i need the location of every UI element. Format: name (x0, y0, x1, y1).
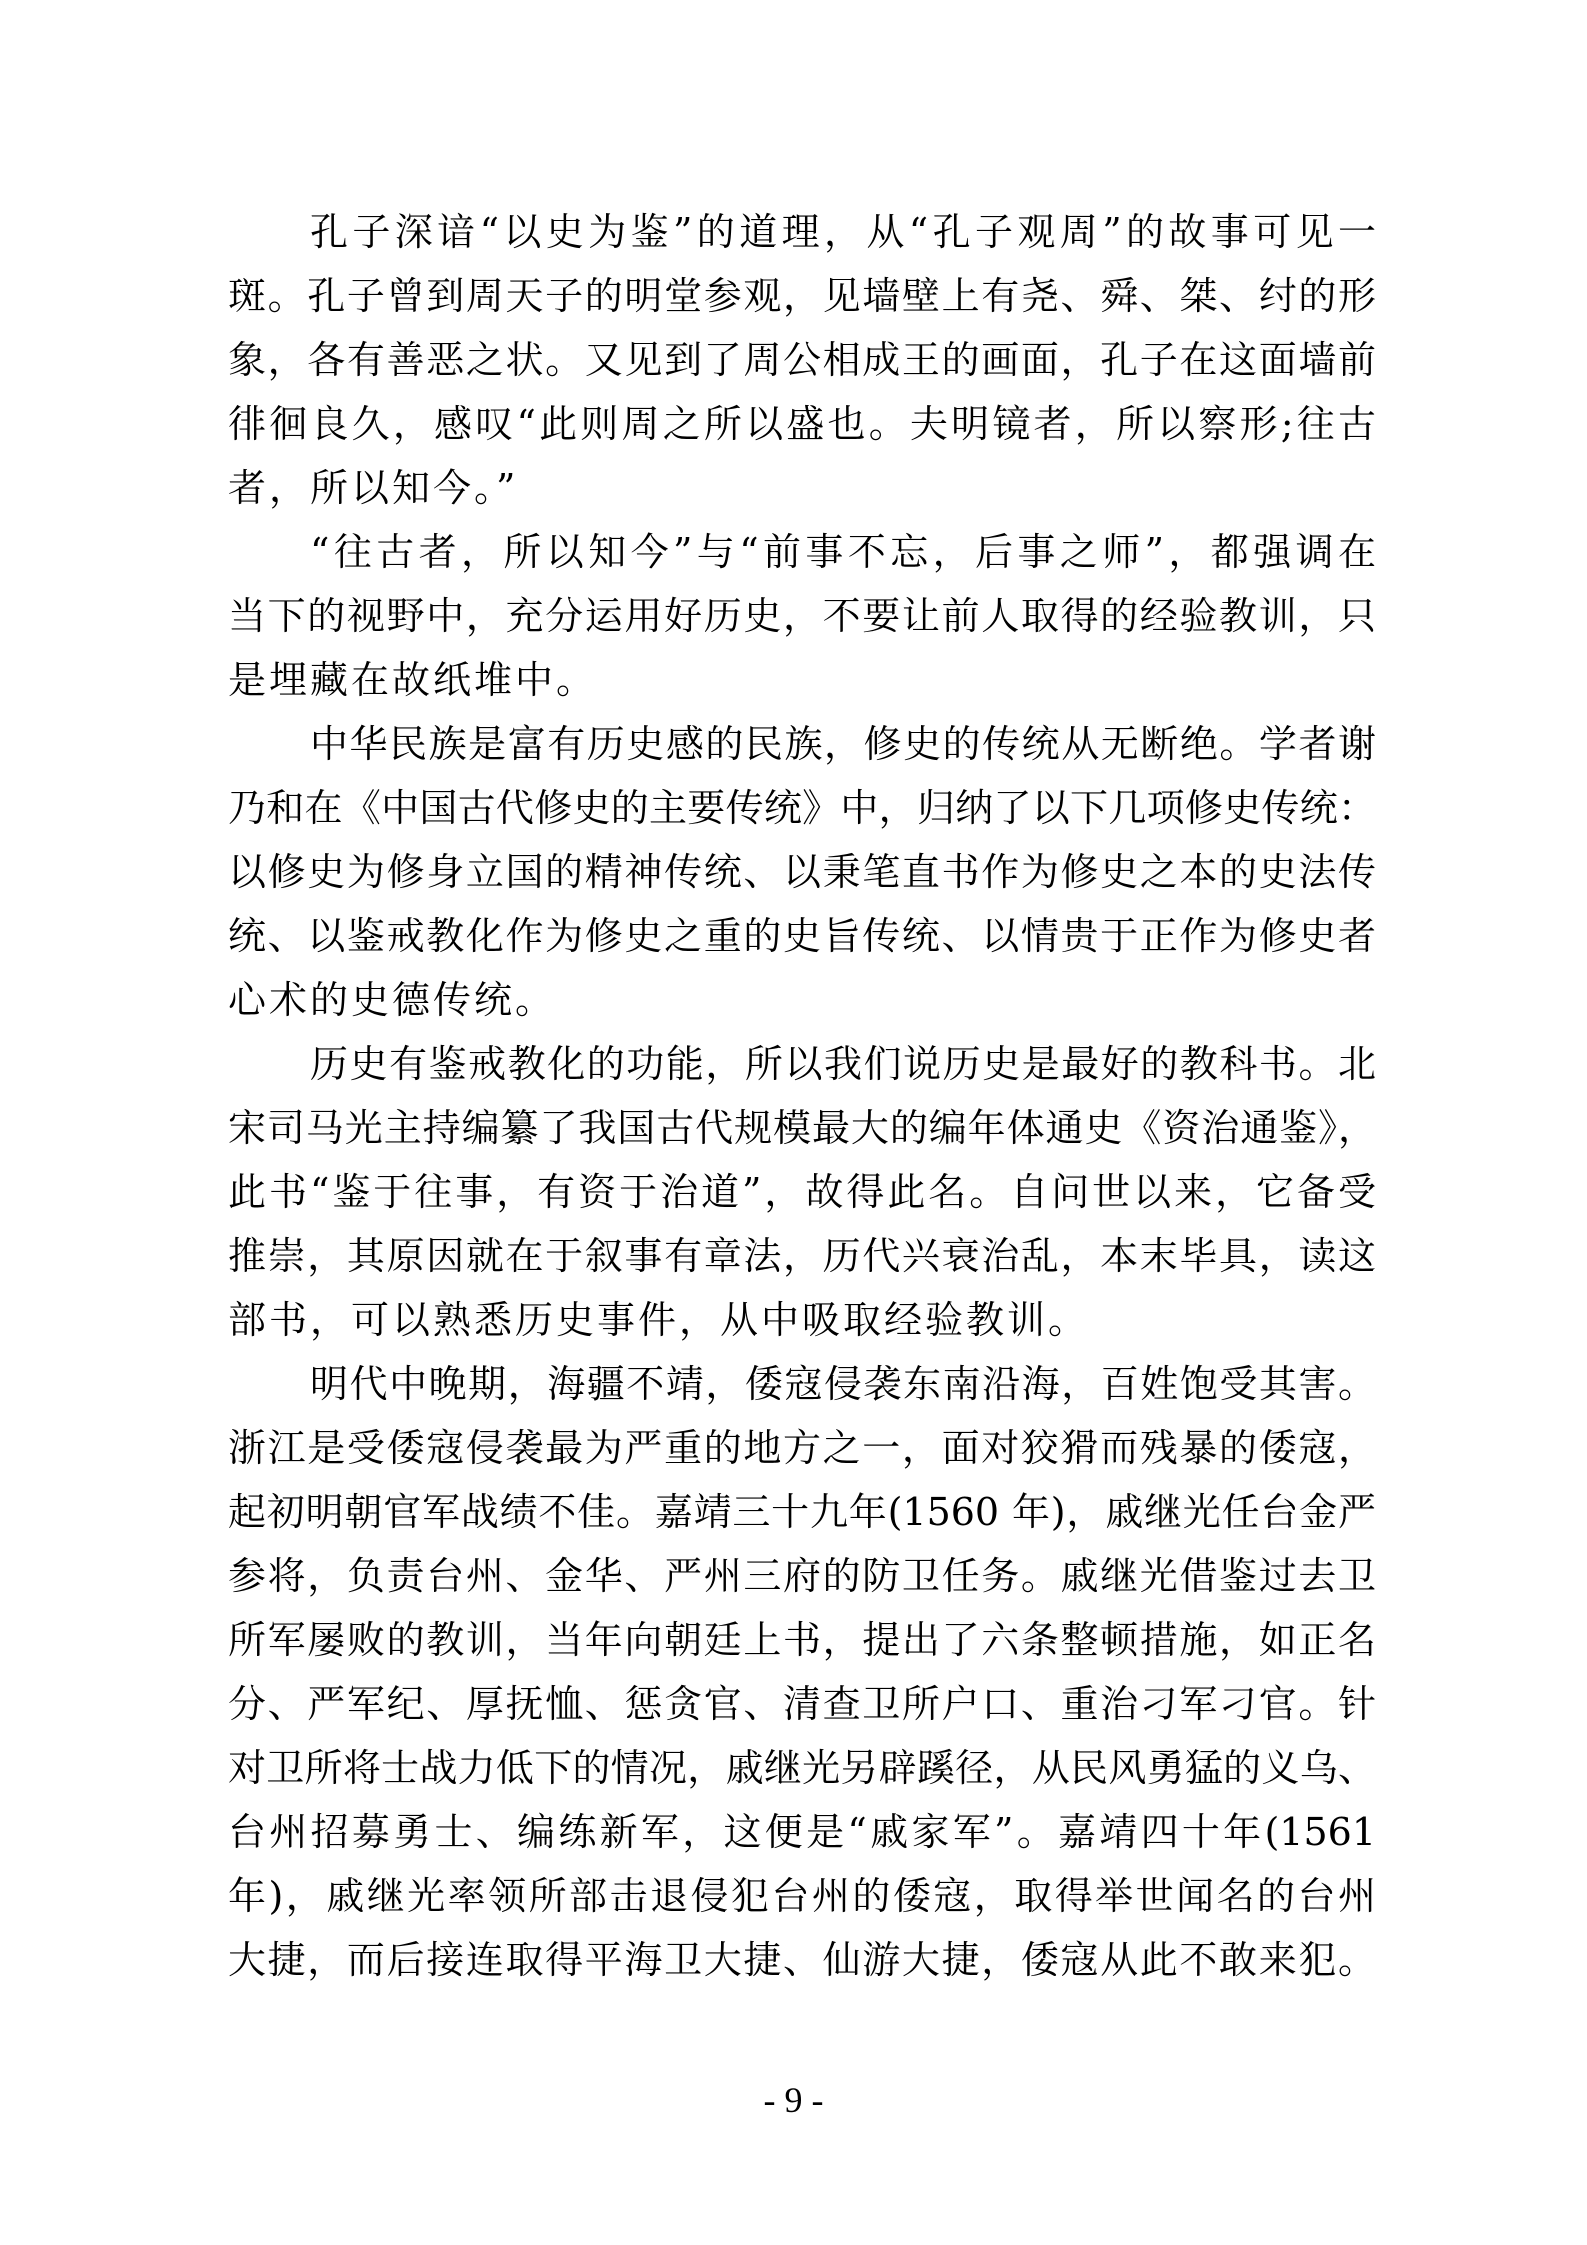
text-line: 历史有鉴戒教化的功能，所以我们说历史是最好的教科书。北 (228, 1032, 1376, 1096)
paragraph-wanggu-zhijin: “往古者，所以知今”与“前事不忘，后事之师”，都强调在 当下的视野中，充分运用好… (228, 520, 1376, 712)
text-line: 分、严军纪、厚抚恤、惩贪官、清查卫所户口、重治刁军刁官。针 (228, 1672, 1376, 1736)
paragraph-xiushi-chuantong: 中华民族是富有历史感的民族，修史的传统从无断绝。学者谢 乃和在《中国古代修史的主… (228, 712, 1376, 1032)
text-line: 统、以鉴戒教化作为修史之重的史旨传统、以情贵于正作为修史者 (228, 904, 1376, 968)
text-line: 乃和在《中国古代修史的主要传统》中，归纳了以下几项修史传统： (228, 776, 1376, 840)
document-page: 孔子深谙“以史为鉴”的道理，从“孔子观周”的故事可见一 斑。孔子曾到周天子的明堂… (0, 0, 1587, 2245)
text-line: 孔子深谙“以史为鉴”的道理，从“孔子观周”的故事可见一 (228, 200, 1376, 264)
text-line: 象，各有善恶之状。又见到了周公相成王的画面，孔子在这面墙前 (228, 328, 1376, 392)
text-line: 年)，戚继光率领所部击退侵犯台州的倭寇，取得举世闻名的台州 (228, 1864, 1376, 1928)
text-line: 参将，负责台州、金华、严州三府的防卫任务。戚继光借鉴过去卫 (228, 1544, 1376, 1608)
text-line: 徘徊良久，感叹“此则周之所以盛也。夫明镜者，所以察形;往古 (228, 392, 1376, 456)
text-line: 明代中晚期，海疆不靖，倭寇侵袭东南沿海，百姓饱受其害。 (228, 1352, 1376, 1416)
text-line: 此书“鉴于往事，有资于治道”，故得此名。自问世以来，它备受 (228, 1160, 1376, 1224)
paragraph-qi-jiguang: 明代中晚期，海疆不靖，倭寇侵袭东南沿海，百姓饱受其害。 浙江是受倭寇侵袭最为严重… (228, 1352, 1376, 1992)
text-line: 心术的史德传统。 (228, 968, 1376, 1032)
text-line: 是埋藏在故纸堆中。 (228, 648, 1376, 712)
text-line: 宋司马光主持编纂了我国古代规模最大的编年体通史《资治通鉴》， (228, 1096, 1376, 1160)
body-text: 孔子深谙“以史为鉴”的道理，从“孔子观周”的故事可见一 斑。孔子曾到周天子的明堂… (228, 200, 1376, 1992)
page-number: - 9 - (0, 2078, 1587, 2122)
text-line: 中华民族是富有历史感的民族，修史的传统从无断绝。学者谢 (228, 712, 1376, 776)
text-line: 以修史为修身立国的精神传统、以秉笔直书作为修史之本的史法传 (228, 840, 1376, 904)
text-line: 斑。孔子曾到周天子的明堂参观，见墙壁上有尧、舜、桀、纣的形 (228, 264, 1376, 328)
text-line: 对卫所将士战力低下的情况，戚继光另辟蹊径，从民风勇猛的义乌、 (228, 1736, 1376, 1800)
text-line: 大捷，而后接连取得平海卫大捷、仙游大捷，倭寇从此不敢来犯。 (228, 1928, 1376, 1992)
text-line: 台州招募勇士、编练新军，这便是“戚家军”。嘉靖四十年(1561 (228, 1800, 1376, 1864)
text-line: 起初明朝官军战绩不佳。嘉靖三十九年(1560 年)，戚继光任台金严 (228, 1480, 1376, 1544)
text-line: 部书，可以熟悉历史事件，从中吸取经验教训。 (228, 1288, 1376, 1352)
text-line: 所军屡败的教训，当年向朝廷上书，提出了六条整顿措施，如正名 (228, 1608, 1376, 1672)
text-line: 推崇，其原因就在于叙事有章法，历代兴衰治乱，本末毕具，读这 (228, 1224, 1376, 1288)
text-line: 浙江是受倭寇侵袭最为严重的地方之一，面对狡猾而残暴的倭寇， (228, 1416, 1376, 1480)
text-line: “往古者，所以知今”与“前事不忘，后事之师”，都强调在 (228, 520, 1376, 584)
text-line: 当下的视野中，充分运用好历史，不要让前人取得的经验教训，只 (228, 584, 1376, 648)
paragraph-zizhi-tongjian: 历史有鉴戒教化的功能，所以我们说历史是最好的教科书。北 宋司马光主持编纂了我国古… (228, 1032, 1376, 1352)
paragraph-kongzi-guanzhou: 孔子深谙“以史为鉴”的道理，从“孔子观周”的故事可见一 斑。孔子曾到周天子的明堂… (228, 200, 1376, 520)
text-line: 者，所以知今。” (228, 456, 1376, 520)
